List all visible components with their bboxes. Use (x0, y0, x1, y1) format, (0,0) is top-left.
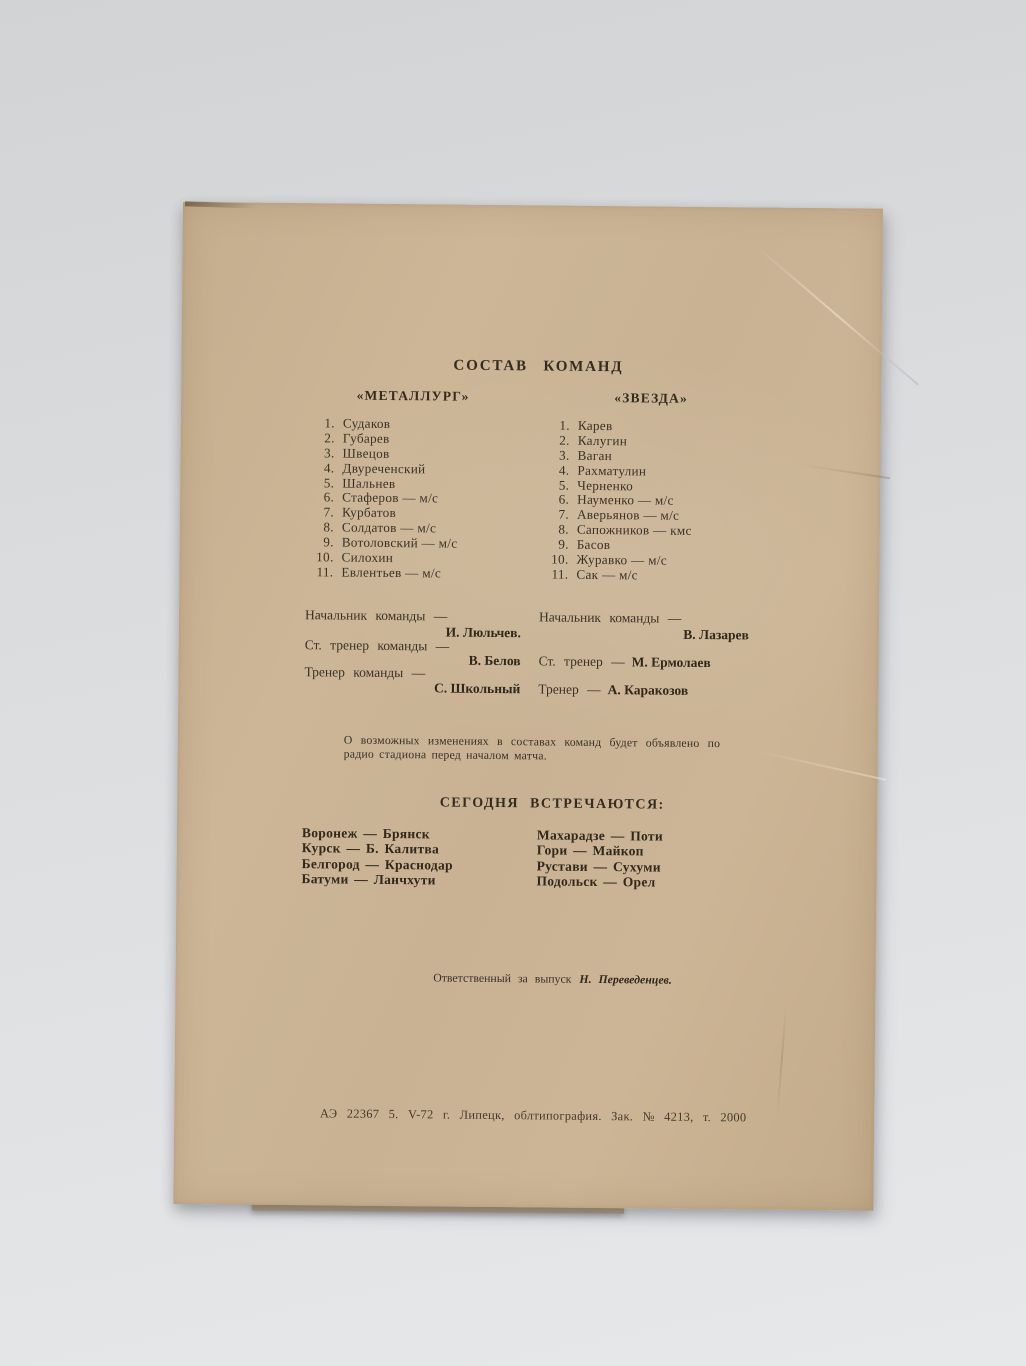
player-name: Шальнев (342, 475, 395, 491)
announcement-note-line-2: радио стадиона перед началом матча. (344, 747, 774, 766)
player-name: Рахматулин (577, 462, 646, 478)
player-number: 2. (544, 433, 570, 448)
player-name: Силохин (342, 550, 394, 565)
player-number: 9. (543, 538, 569, 553)
player-name: Сак — м/с (576, 567, 638, 583)
player-number: 10. (308, 550, 334, 565)
player-number: 2. (309, 431, 335, 446)
player-name: Калугин (578, 433, 628, 448)
match-row: Подольск — Орел (536, 874, 766, 892)
player-number: 10. (543, 552, 569, 567)
roster-zvezda: 1.Карев 2.Калугин 3.Ваган 4.Рахматулин 5… (542, 418, 769, 584)
today-matches-right-column: Махарадзе — Поти Гори — Майкоп Рустави —… (536, 827, 767, 891)
player-number: 5. (308, 476, 334, 491)
responsible-name: Н. Переведенцев. (579, 972, 671, 987)
roster-metallurg: 1.Судаков 2.Губарев 3.Швецов 4.Двуреченс… (307, 416, 534, 582)
player-name: Журавко — м/с (577, 552, 667, 568)
responsible-label: Ответственный за выпуск (433, 970, 571, 985)
player-number: 11. (307, 565, 333, 580)
player-number: 1. (309, 416, 335, 431)
paper-crease (776, 1004, 787, 1116)
player-number: 3. (544, 448, 570, 463)
player-name: Двуреченский (342, 460, 425, 476)
player-name: Губарев (343, 430, 390, 445)
player-number: 5. (543, 478, 569, 493)
player-name: Аверьянов — м/с (577, 507, 679, 523)
player-name: Швецов (343, 445, 390, 460)
player-number: 11. (542, 567, 568, 582)
player-name: Басов (577, 537, 611, 552)
player-number: 8. (543, 523, 569, 538)
staff-name-right-coach: А. Каракозов (608, 682, 689, 698)
player-name: Карев (578, 418, 613, 433)
player-name: Судаков (343, 416, 391, 431)
today-matches-heading: СЕГОДНЯ ВСТРЕЧАЮТСЯ: (352, 795, 752, 815)
staff-label-right-manager: Начальник команды — (539, 609, 681, 626)
player-number: 7. (543, 508, 569, 523)
staff-name-right-manager: В. Лазарев (539, 625, 749, 643)
player-number: 6. (543, 493, 569, 508)
print-imprint: АЭ 22367 5. V-72 г. Липецк, облтипографи… (183, 1105, 883, 1127)
player-name: Евлентьев — м/с (341, 564, 441, 580)
team-name-metallurg: «МЕТАЛЛУРГ» (313, 387, 513, 405)
player-name: Ваган (578, 448, 613, 463)
corner-fold-mark (185, 201, 257, 208)
program-page: СОСТАВ КОМАНД «МЕТАЛЛУРГ» «ЗВЕЗДА» 1.Суд… (173, 202, 883, 1211)
paper-crease (755, 245, 919, 386)
today-matches-left-column: Воронеж — Брянск Курск — Б. Калитва Белг… (301, 825, 532, 889)
staff-line-right-head-coach: Ст. тренер —М. Ермолаев (539, 653, 711, 671)
staff-name-right-head-coach: М. Ермолаев (632, 654, 711, 670)
staff-line-right-coach: Тренер —А. Каракозов (538, 681, 688, 698)
player-number: 3. (309, 446, 335, 461)
player-name: Солдатов — м/с (342, 520, 436, 536)
player-number: 8. (308, 520, 334, 535)
staff-label-left-manager: Начальник команды — (305, 607, 447, 624)
responsible-line: Ответственный за выпускН. Переведенцев. (352, 970, 752, 989)
photo-background: СОСТАВ КОМАНД «МЕТАЛЛУРГ» «ЗВЕЗДА» 1.Суд… (0, 0, 1026, 1366)
player-row: 11.Евлентьев — м/с (307, 565, 532, 582)
player-name: Стаферов — м/с (342, 490, 438, 506)
player-name: Сапожников — кмс (577, 522, 692, 538)
player-name: Вотоловский — м/с (342, 535, 458, 551)
page-title: СОСТАВ КОМАНД (338, 357, 738, 378)
player-number: 9. (308, 535, 334, 550)
player-number: 7. (308, 506, 334, 521)
player-number: 6. (308, 491, 334, 506)
staff-label-right-head-coach: Ст. тренер — (539, 653, 625, 669)
player-number: 4. (308, 461, 334, 476)
staff-label-right-coach: Тренер — (538, 681, 600, 697)
staff-name-left-coach: С. Школьный (304, 679, 520, 697)
player-number: 4. (543, 463, 569, 478)
player-name: Науменко — м/с (577, 492, 674, 508)
player-name: Курбатов (342, 505, 396, 521)
paper-crease (799, 464, 890, 480)
team-name-zvezda: «ЗВЕЗДА» (551, 390, 751, 408)
match-row: Батуми — Ланчхути (301, 871, 531, 889)
player-number: 1. (544, 418, 570, 433)
player-row: 11.Сак — м/с (542, 567, 767, 584)
player-name: Черненко (577, 477, 633, 493)
